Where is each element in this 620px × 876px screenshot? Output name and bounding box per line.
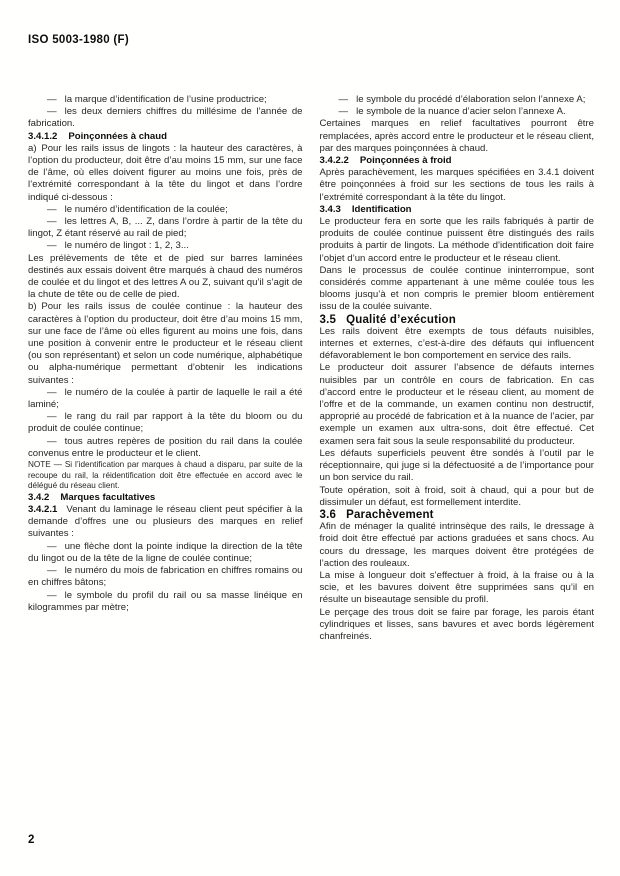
dash-bullet-icon: — bbox=[47, 94, 57, 105]
heading-3-6: 3.6Parachèvement bbox=[320, 509, 595, 521]
paragraph: Le producteur fera en sorte que les rail… bbox=[320, 216, 595, 265]
list-item: —le symbole du procédé d’élaboration sel… bbox=[320, 94, 595, 106]
list-item: —les lettres A, B, ... Z, dans l’ordre à… bbox=[28, 216, 303, 240]
list-item: —le numéro d’identification de la coulée… bbox=[28, 204, 303, 216]
list-item: —tous autres repères de position du rail… bbox=[28, 436, 303, 460]
dash-bullet-icon: — bbox=[47, 240, 57, 251]
dash-bullet-icon: — bbox=[339, 94, 349, 105]
paragraph: Le producteur doit assurer l’absence de … bbox=[320, 362, 595, 447]
note-paragraph: NOTE — Si l’identification par marques à… bbox=[28, 460, 303, 492]
heading-number: 3.5 bbox=[320, 314, 337, 326]
list-item-text: le numéro de lingot : 1, 2, 3... bbox=[65, 240, 189, 251]
paragraph: Les défauts superficiels peuvent être so… bbox=[320, 448, 595, 485]
dash-bullet-icon: — bbox=[47, 590, 57, 601]
dash-bullet-icon: — bbox=[47, 541, 57, 552]
heading-3-4-1-2: 3.4.1.2Poinçonnées à chaud bbox=[28, 131, 303, 143]
dash-bullet-icon: — bbox=[47, 436, 57, 447]
heading-3-4-2-2: 3.4.2.2Poinçonnées à froid bbox=[320, 155, 595, 167]
paragraph: a) Pour les rails issus de lingots : la … bbox=[28, 143, 303, 204]
list-item: —le rang du rail par rapport à la tête d… bbox=[28, 411, 303, 435]
page-number: 2 bbox=[28, 834, 34, 846]
list-item: —le symbole de la nuance d’acier selon l… bbox=[320, 106, 595, 118]
document-reference: ISO 5003-1980 (F) bbox=[28, 34, 129, 46]
dash-bullet-icon: — bbox=[47, 411, 57, 422]
heading-title: Poinçonnées à chaud bbox=[68, 131, 167, 142]
list-item-text: le symbole du profil du rail ou sa masse… bbox=[28, 590, 303, 613]
heading-number: 3.4.1.2 bbox=[28, 131, 57, 142]
heading-number: 3.4.2 bbox=[28, 492, 49, 503]
clause-3-4-2-1: 3.4.2.1Venant du laminage le réseau clie… bbox=[28, 504, 303, 541]
paragraph: Les rails doivent être exempts de tous d… bbox=[320, 326, 595, 363]
dash-bullet-icon: — bbox=[47, 106, 57, 117]
list-item-text: le numéro d’identification de la coulée; bbox=[65, 204, 228, 215]
list-item-text: le symbole de la nuance d’acier selon l’… bbox=[356, 106, 566, 117]
list-item-text: le rang du rail par rapport à la tête du… bbox=[28, 411, 303, 434]
paragraph: Certaines marques en relief facultatives… bbox=[320, 118, 595, 155]
paragraph: Les prélèvements de tête et de pied sur … bbox=[28, 253, 303, 302]
document-page: ISO 5003-1980 (F) —la marque d’identific… bbox=[0, 0, 620, 876]
list-item-text: les deux derniers chiffres du millésime … bbox=[28, 106, 303, 129]
paragraph: b) Pour les rails issus de coulée contin… bbox=[28, 301, 303, 386]
heading-3-5: 3.5Qualité d’exécution bbox=[320, 314, 595, 326]
heading-title: Poinçonnées à froid bbox=[360, 155, 452, 166]
paragraph: Le perçage des trous doit se faire par f… bbox=[320, 607, 595, 644]
clause-text: Venant du laminage le réseau client peut… bbox=[28, 504, 303, 539]
heading-3-4-2: 3.4.2Marques facultatives bbox=[28, 492, 303, 504]
list-item: —le numéro de la coulée à partir de laqu… bbox=[28, 387, 303, 411]
heading-title: Parachèvement bbox=[346, 509, 434, 521]
list-item-text: les lettres A, B, ... Z, dans l’ordre à … bbox=[28, 216, 303, 239]
paragraph: Dans le processus de coulée continue ini… bbox=[320, 265, 595, 314]
heading-number: 3.4.2.2 bbox=[320, 155, 349, 166]
list-item-text: la marque d’identification de l’usine pr… bbox=[65, 94, 267, 105]
list-item-text: le numéro du mois de fabrication en chif… bbox=[28, 565, 303, 588]
list-item-text: le numéro de la coulée à partir de laque… bbox=[28, 387, 303, 410]
heading-number: 3.4.3 bbox=[320, 204, 341, 215]
list-item-text: tous autres repères de position du rail … bbox=[28, 436, 303, 459]
list-item: —une flèche dont la pointe indique la di… bbox=[28, 541, 303, 565]
dash-bullet-icon: — bbox=[339, 106, 349, 117]
heading-title: Marques facultatives bbox=[60, 492, 155, 503]
list-item: —la marque d’identification de l’usine p… bbox=[28, 94, 303, 106]
paragraph: La mise à longueur doit s’effectuer à fr… bbox=[320, 570, 595, 607]
heading-title: Identification bbox=[352, 204, 412, 215]
clause-number: 3.4.2.1 bbox=[28, 504, 57, 515]
list-item-text: le symbole du procédé d’élaboration selo… bbox=[356, 94, 585, 105]
dash-bullet-icon: — bbox=[47, 204, 57, 215]
paragraph: Après parachèvement, les marques spécifi… bbox=[320, 167, 595, 204]
list-item: —le numéro du mois de fabrication en chi… bbox=[28, 565, 303, 589]
list-item-text: une flèche dont la pointe indique la dir… bbox=[28, 541, 303, 564]
list-item: —le symbole du profil du rail ou sa mass… bbox=[28, 590, 303, 614]
left-column: —la marque d’identification de l’usine p… bbox=[28, 94, 303, 643]
dash-bullet-icon: — bbox=[47, 216, 57, 227]
heading-number: 3.6 bbox=[320, 509, 337, 521]
paragraph: Toute opération, soit à froid, soit à ch… bbox=[320, 485, 595, 509]
list-item: —les deux derniers chiffres du millésime… bbox=[28, 106, 303, 130]
heading-title: Qualité d’exécution bbox=[346, 314, 456, 326]
list-item: —le numéro de lingot : 1, 2, 3... bbox=[28, 240, 303, 252]
dash-bullet-icon: — bbox=[47, 387, 57, 398]
right-column: —le symbole du procédé d’élaboration sel… bbox=[320, 94, 595, 643]
paragraph: Afin de ménager la qualité intrinsèque d… bbox=[320, 521, 595, 570]
two-column-layout: —la marque d’identification de l’usine p… bbox=[28, 94, 594, 643]
dash-bullet-icon: — bbox=[47, 565, 57, 576]
heading-3-4-3: 3.4.3Identification bbox=[320, 204, 595, 216]
